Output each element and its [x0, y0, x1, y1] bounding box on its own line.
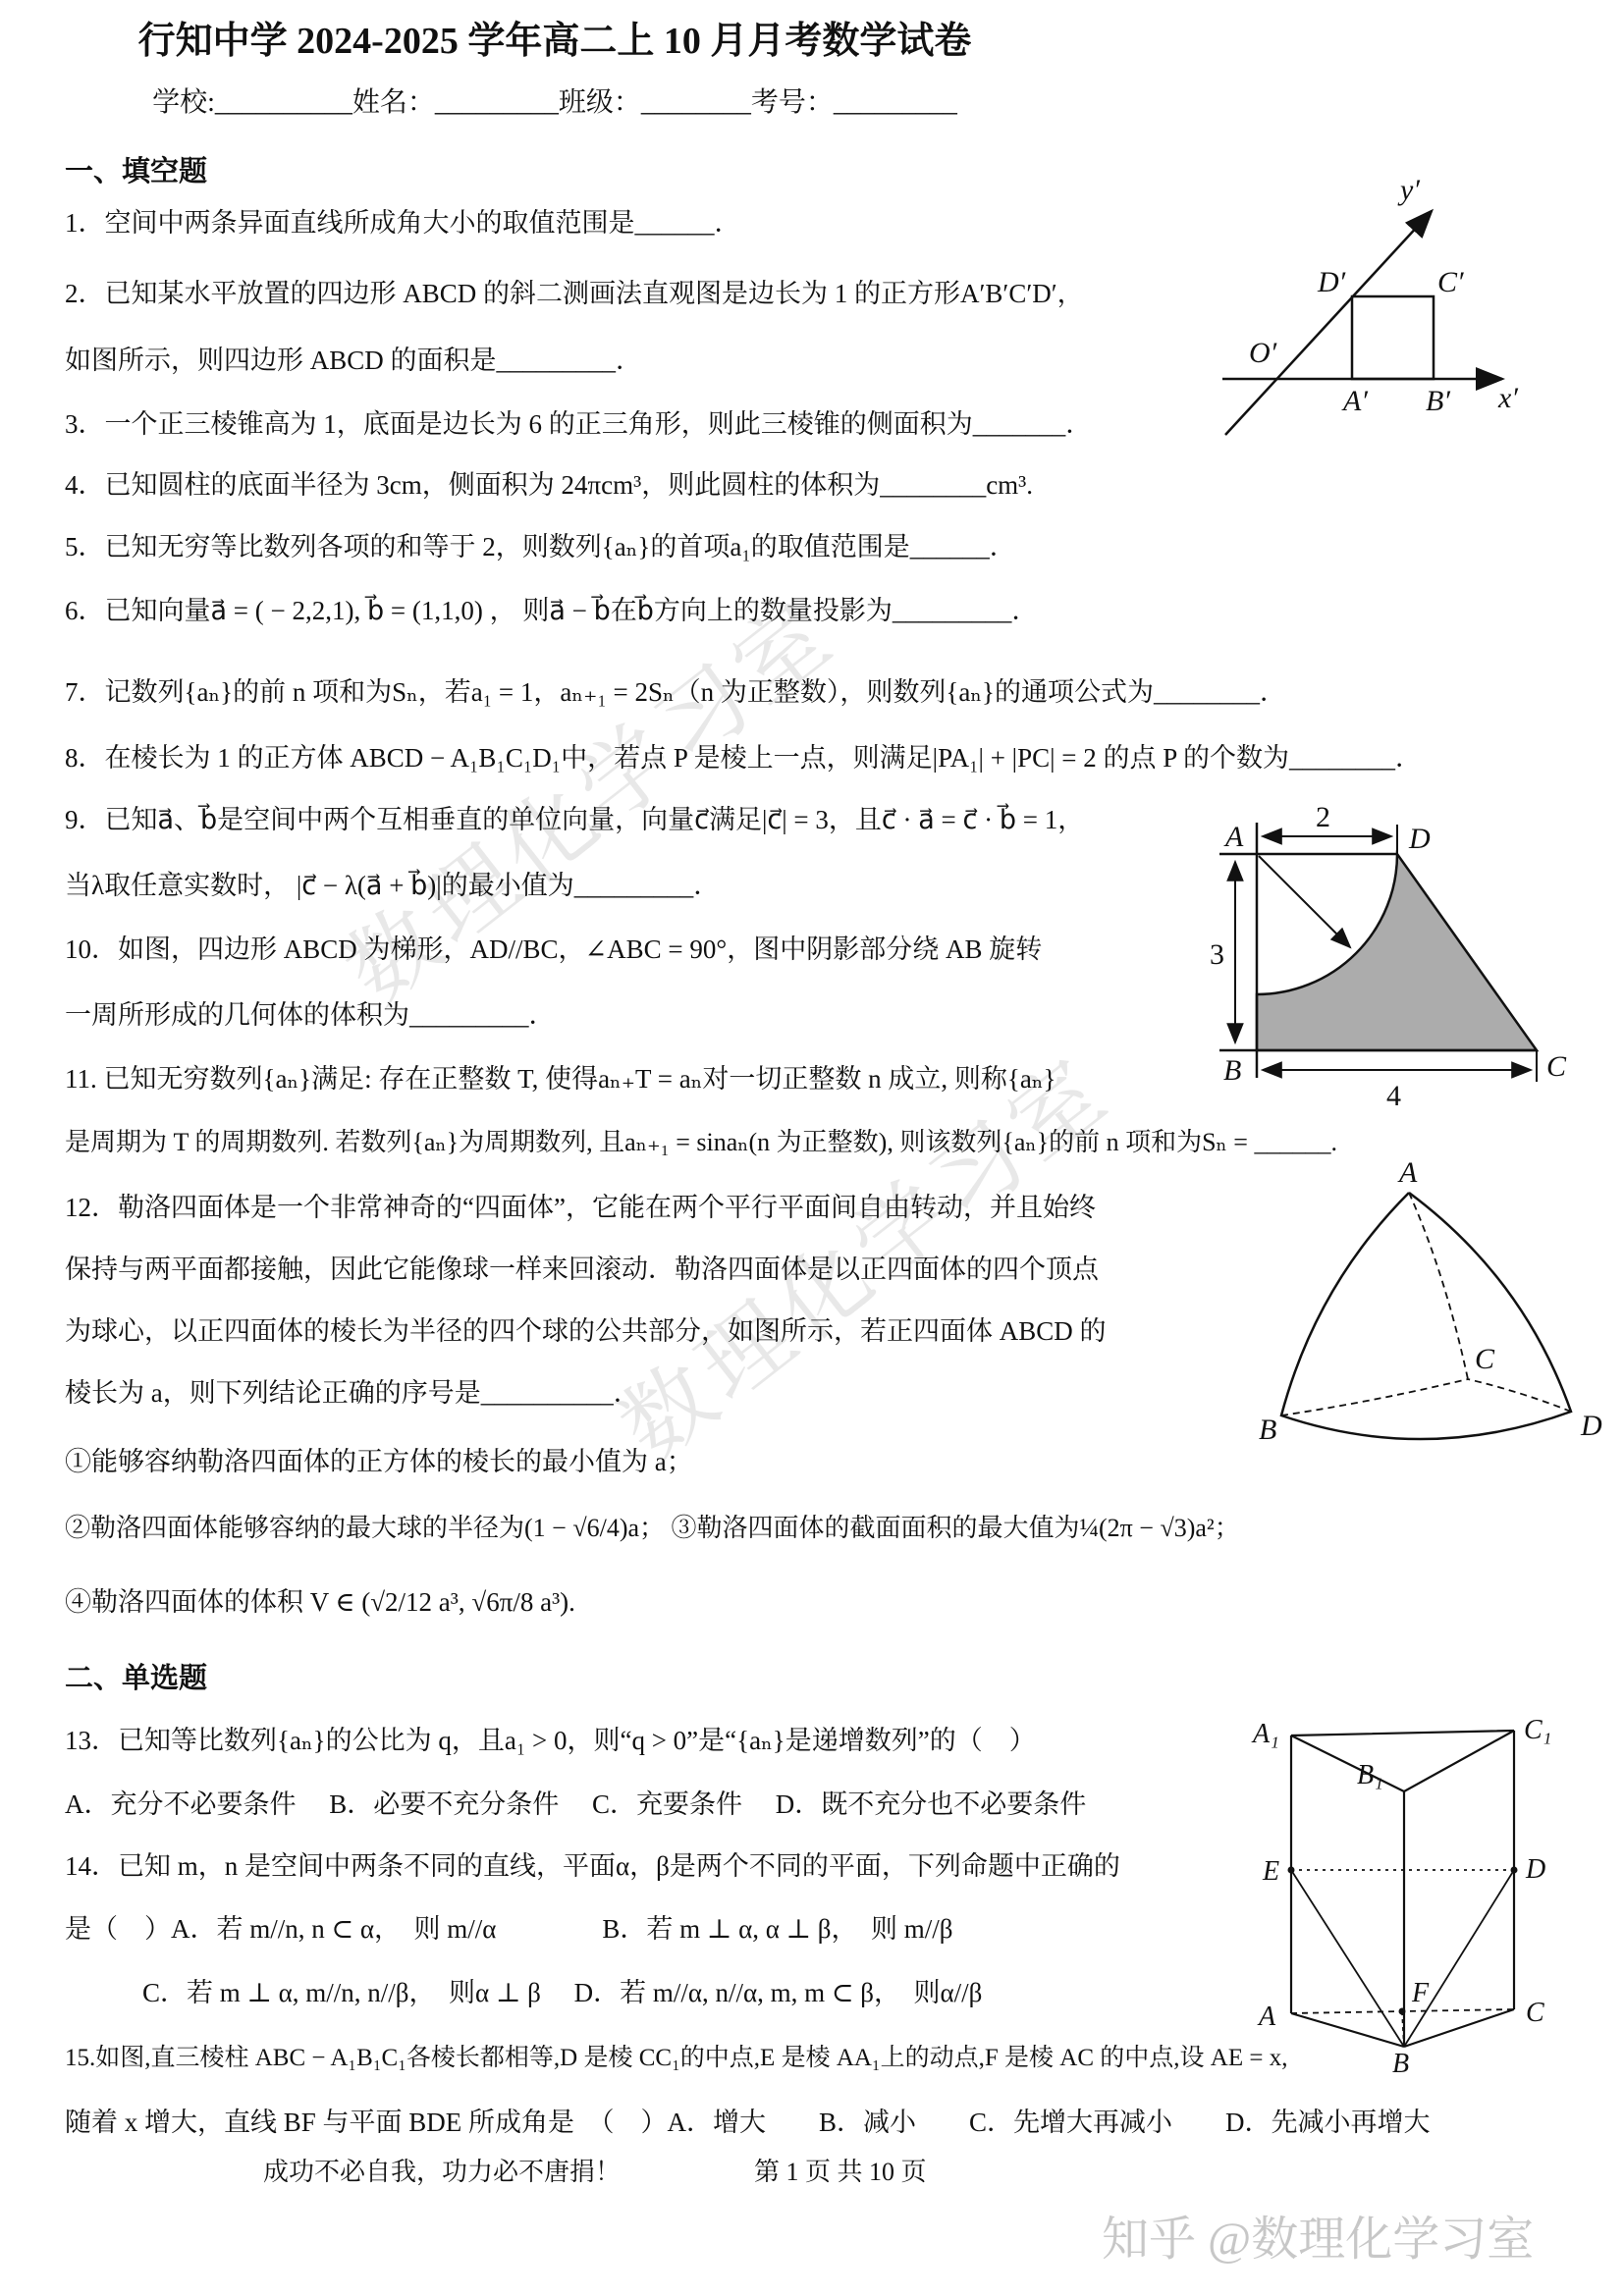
q9-line-2: 当λ取任意实数时， |c⃗ − λ(a⃗ + b⃗)|的最小值为________…	[65, 869, 720, 902]
q9-line-1: 9．已知a⃗、b⃗是空间中两个互相垂直的单位向量，向量c⃗满足|c⃗| = 3，…	[65, 803, 1084, 836]
q5-line: 5．已知无穷等比数列各项的和等于 2，则数列{aₙ}的首项a₁的取值范围是___…	[65, 530, 1016, 563]
q1-line: 1．空间中两条异面直线所成角大小的取值范围是______．	[65, 206, 741, 240]
q12-line-3: 为球心，以正四面体的棱长为半径的四个球的公共部分，如图所示，若正四面体 ABCD…	[65, 1314, 1107, 1348]
q8-line: 8．在棱长为 1 的正方体 ABCD − A₁B₁C₁D₁中，若点 P 是棱上一…	[65, 741, 1422, 774]
section-1-heading: 一、填空题	[65, 155, 207, 188]
label-b: B	[1259, 1414, 1276, 1446]
page-title: 行知中学 2024-2025 学年高二上 10 月月考数学试卷	[0, 25, 1110, 58]
point-f	[1399, 2008, 1406, 2015]
q2-line-2: 如图所示，则四边形 ABCD 的面积是_________．	[65, 344, 642, 377]
label-d-prime: D′	[1317, 266, 1346, 298]
label-c1: C₁	[1524, 1715, 1551, 1745]
top-face	[1291, 1731, 1514, 1791]
hidden-edge-ac	[1409, 1193, 1468, 1379]
square-apbpcpdp	[1352, 296, 1434, 379]
q4-line: 4．已知圆柱的底面半径为 3cm，侧面积为 24πcm³，则此圆柱的体积为___…	[65, 468, 1033, 502]
label-d: D	[1525, 1854, 1545, 1885]
q12-items-2-3: ②勒洛四面体能够容纳的最大球的半径为(1 − √6/4)a； ③勒洛四面体的截面…	[65, 1512, 1240, 1545]
q2-line-1: 2．已知某水平放置的四边形 ABCD 的斜二测画法直观图是边长为 1 的正方形A…	[65, 277, 1084, 310]
q7-line: 7．记数列{aₙ}的前 n 项和为Sₙ，若a₁ = 1，aₙ₊₁ = 2Sₙ（n…	[65, 675, 1286, 709]
q3-line: 3．一个正三棱锥高为 1，底面是边长为 6 的正三角形，则此三棱锥的侧面积为__…	[65, 407, 1092, 441]
label-c: C	[1546, 1050, 1567, 1083]
figure-triangular-prism: A₁ C₁ B₁ E D F A C B	[1247, 1701, 1571, 2079]
label-a: A	[1223, 821, 1244, 853]
edge-bc	[1404, 2009, 1514, 2047]
q12-line-2: 保持与两平面都接触，因此它能像球一样来回滚动．勒洛四面体是以正四面体的四个顶点	[65, 1253, 1099, 1286]
q14-line-3: C．若 m ⊥ α, m//n, n//β， 则α ⊥ β D．若 m//α, …	[142, 1976, 982, 2009]
q15-line-1: 15.如图,直三棱柱 ABC − A₁B₁C₁各棱长都相等,D 是棱 CC₁的中…	[65, 2042, 1287, 2075]
q12-item-1: ①能够容纳勒洛四面体的正方体的棱长的最小值为 a；	[65, 1445, 693, 1478]
label-b: B	[1392, 2049, 1409, 2079]
dim-top-value: 2	[1316, 801, 1330, 833]
q11-line-1: 11. 已知无穷数列{aₙ}满足: 存在正整数 T, 使得aₙ₊T = aₙ对一…	[65, 1062, 1056, 1095]
label-c: C	[1475, 1343, 1495, 1375]
label-e: E	[1262, 1856, 1279, 1887]
q12-item-4: ④勒洛四面体的体积 V ∈ (√2/12 a³, √6π/8 a³).	[65, 1585, 575, 1619]
hidden-edge-dc	[1468, 1379, 1571, 1412]
q14-line-2: 是（ ）A．若 m//n, n ⊂ α， 则 m//α B．若 m ⊥ α, α…	[65, 1912, 953, 1946]
label-c: C	[1526, 1998, 1544, 2028]
section-2-heading: 二、单选题	[65, 1662, 207, 1695]
label-b: B	[1223, 1054, 1241, 1087]
dim-left-value: 3	[1210, 938, 1224, 971]
figure-oblique-axes: y′ x′ O′ D′ C′ A′ B′	[1208, 113, 1624, 447]
label-d: D	[1580, 1410, 1602, 1442]
label-a-prime: A′	[1341, 385, 1368, 417]
point-e	[1288, 1867, 1295, 1874]
dim-bottom-value: 4	[1386, 1080, 1401, 1112]
student-info-line: 学校:__________姓名：_________班级：________考号：_…	[0, 86, 1110, 120]
label-a1: A₁	[1251, 1719, 1279, 1749]
label-a: A	[1257, 2002, 1276, 2032]
label-c-prime: C′	[1437, 266, 1464, 298]
label-x-prime: x′	[1497, 382, 1518, 414]
label-o-prime: O′	[1249, 337, 1277, 369]
hidden-edge-bc	[1281, 1379, 1468, 1415]
q12-line-4: 棱长为 a，则下列结论正确的序号是__________．	[65, 1376, 640, 1410]
q10-line-1: 10．如图，四边形 ABCD 为梯形，AD//BC，∠ABC = 90°，图中阴…	[65, 933, 1042, 966]
q6-line: 6．已知向量a⃗ = ( − 2,2,1), b⃗ = (1,1,0) ， 则a…	[65, 594, 1038, 627]
footer-page-number: 第 1 页 共 10 页	[754, 2156, 927, 2189]
q14-line-1: 14．已知 m，n 是空间中两条不同的直线，平面α，β是两个不同的平面，下列命题…	[65, 1849, 1120, 1883]
edge-ab	[1291, 2013, 1404, 2047]
label-y-prime: y′	[1397, 174, 1420, 206]
q12-line-1: 12．勒洛四面体是一个非常神奇的“四面体”，它能在两个平行平面间自由转动，并且始…	[65, 1191, 1096, 1224]
q13-line-1: 13．已知等比数列{aₙ}的公比为 q，且a₁ > 0，则“q > 0”是“{a…	[65, 1724, 1036, 1757]
label-d: D	[1408, 823, 1431, 855]
point-d	[1511, 1867, 1518, 1874]
radius-arrow	[1259, 856, 1350, 947]
q15-line-2: 随着 x 增大，直线 BF 与平面 BDE 所成角是 （ ）A．增大 B．减小 …	[65, 2106, 1431, 2139]
y-axis	[1225, 211, 1432, 435]
label-b-prime: B′	[1426, 385, 1450, 417]
tetrahedron-outline	[1281, 1193, 1571, 1439]
segment-eb	[1291, 1870, 1404, 2047]
segment-db	[1404, 1870, 1514, 2047]
label-f: F	[1411, 1978, 1430, 2008]
exam-page: 数理化学习室 数理化学习室 知乎 @数理化学习室 行知中学 2024-2025 …	[0, 0, 1624, 2296]
label-b1: B₁	[1357, 1760, 1383, 1790]
footer-motto: 成功不必自我，功力必不唐捐！	[263, 2156, 621, 2189]
corner-watermark: 知乎 @数理化学习室	[1102, 2201, 1534, 2269]
q10-line-2: 一周所形成的几何体的体积为_________．	[65, 998, 556, 1032]
label-a: A	[1397, 1158, 1418, 1189]
figure-reuleaux-tetrahedron: A B C D	[1257, 1158, 1610, 1453]
figure-trapezoid: A D B C 2 3 4	[1208, 785, 1600, 1114]
q13-options: A．充分不必要条件 B．必要不充分条件 C．充要条件 D．既不充分也不必要条件	[65, 1788, 1086, 1821]
q11-line-2: 是周期为 T 的周期数列. 若数列{aₙ}为周期数列, 且aₙ₊₁ = sina…	[65, 1126, 1337, 1159]
shaded-region	[1257, 854, 1537, 1050]
